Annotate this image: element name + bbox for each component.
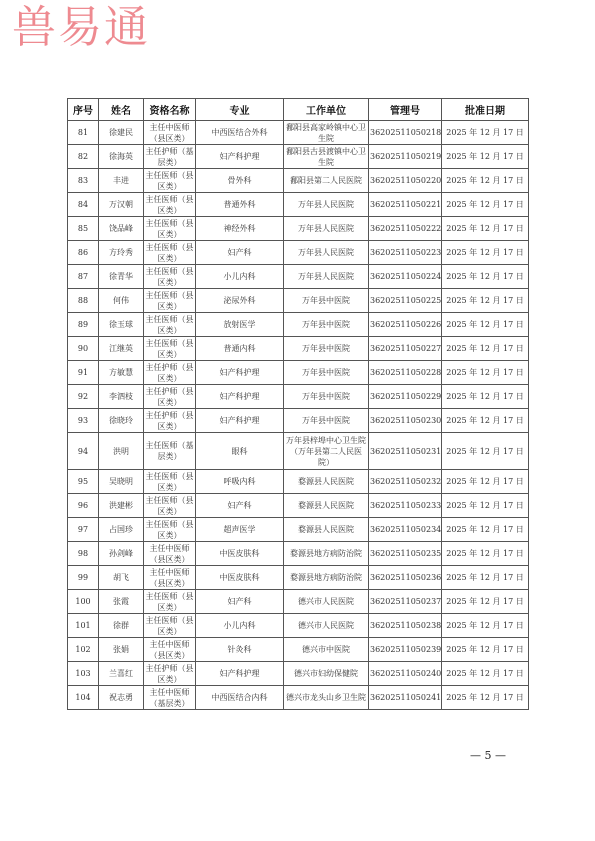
table-row: 97占国珍主任医师（县区类）超声医学婺源县人民医院362025110502342… — [68, 518, 529, 542]
cell-name: 方敏慧 — [99, 361, 144, 385]
cell-specialty: 骨外科 — [196, 169, 284, 193]
cell-qualification: 主任护师（县区类） — [144, 361, 196, 385]
cell-qualification: 主任医师（基层类） — [144, 433, 196, 470]
watermark-logo: 兽易通 — [12, 2, 150, 54]
table-row: 86方玲秀主任医师（县区类）妇产科万年县人民医院3620251105022320… — [68, 241, 529, 265]
cell-name: 张霞 — [99, 590, 144, 614]
cell-qualification: 主任医师（县区类） — [144, 193, 196, 217]
cell-workplace: 万年县中医院 — [284, 385, 369, 409]
table-row: 85饶品峰主任医师（县区类）神经外科万年县人民医院362025110502222… — [68, 217, 529, 241]
cell-management-no: 36202511050236 — [369, 566, 442, 590]
cell-approval-date: 2025 年 12 月 17 日 — [442, 686, 529, 710]
cell-name: 洪明 — [99, 433, 144, 470]
cell-name: 李泗枝 — [99, 385, 144, 409]
cell-management-no: 36202511050238 — [369, 614, 442, 638]
cell-qualification: 主任中医师（县区类） — [144, 542, 196, 566]
cell-specialty: 中西医结合内科 — [196, 686, 284, 710]
cell-management-no: 36202511050232 — [369, 470, 442, 494]
cell-specialty: 妇产科 — [196, 494, 284, 518]
cell-specialty: 妇产科护理 — [196, 385, 284, 409]
cell-index: 99 — [68, 566, 99, 590]
cell-qualification: 主任医师（县区类） — [144, 494, 196, 518]
cell-qualification: 主任医师（县区类） — [144, 265, 196, 289]
cell-index: 93 — [68, 409, 99, 433]
cell-approval-date: 2025 年 12 月 17 日 — [442, 145, 529, 169]
table-row: 99胡飞主任中医师（县区类）中医皮肤科婺源县地方病防治院362025110502… — [68, 566, 529, 590]
cell-qualification: 主任医师（县区类） — [144, 337, 196, 361]
table-row: 94洪明主任医师（基层类）眼科万年县梓埠中心卫生院（万年县第二人民医院）3620… — [68, 433, 529, 470]
cell-management-no: 36202511050235 — [369, 542, 442, 566]
cell-management-no: 36202511050240 — [369, 662, 442, 686]
cell-index: 101 — [68, 614, 99, 638]
cell-workplace: 万年县中医院 — [284, 409, 369, 433]
cell-name: 万汉朝 — [99, 193, 144, 217]
table-row: 81徐建民主任中医师（县区类）中西医结合外科鄱阳县高家岭镇中心卫生院362025… — [68, 121, 529, 145]
cell-specialty: 超声医学 — [196, 518, 284, 542]
cell-name: 吴晓明 — [99, 470, 144, 494]
cell-qualification: 主任医师（县区类） — [144, 614, 196, 638]
cell-qualification: 主任护师（县区类） — [144, 662, 196, 686]
cell-approval-date: 2025 年 12 月 17 日 — [442, 590, 529, 614]
header-qualification: 资格名称 — [144, 99, 196, 121]
table-row: 91方敏慧主任护师（县区类）妇产科护理万年县中医院362025110502282… — [68, 361, 529, 385]
cell-qualification: 主任护师（县区类） — [144, 409, 196, 433]
cell-workplace: 万年县梓埠中心卫生院（万年县第二人民医院） — [284, 433, 369, 470]
cell-approval-date: 2025 年 12 月 17 日 — [442, 494, 529, 518]
cell-name: 何伟 — [99, 289, 144, 313]
cell-index: 83 — [68, 169, 99, 193]
cell-management-no: 36202511050237 — [369, 590, 442, 614]
cell-qualification: 主任医师（县区类） — [144, 241, 196, 265]
cell-workplace: 婺源县人民医院 — [284, 518, 369, 542]
cell-specialty: 妇产科护理 — [196, 361, 284, 385]
cell-workplace: 万年县中医院 — [284, 289, 369, 313]
table-row: 102张娟主任中医师（县区类）针灸科德兴市中医院3620251105023920… — [68, 638, 529, 662]
table-row: 98孙剑峰主任中医师（县区类）中医皮肤科婺源县地方病防治院36202511050… — [68, 542, 529, 566]
cell-specialty: 中西医结合外科 — [196, 121, 284, 145]
cell-index: 95 — [68, 470, 99, 494]
header-management-no: 管理号 — [369, 99, 442, 121]
cell-index: 82 — [68, 145, 99, 169]
table-row: 93徐晓玲主任护师（县区类）妇产科护理万年县中医院362025110502302… — [68, 409, 529, 433]
cell-qualification: 主任医师（县区类） — [144, 470, 196, 494]
table-row: 90江继英主任医师（县区类）普通内科万年县中医院3620251105022720… — [68, 337, 529, 361]
cell-index: 96 — [68, 494, 99, 518]
cell-specialty: 神经外科 — [196, 217, 284, 241]
cell-management-no: 36202511050220 — [369, 169, 442, 193]
cell-specialty: 泌尿外科 — [196, 289, 284, 313]
cell-workplace: 鄱阳县高家岭镇中心卫生院 — [284, 121, 369, 145]
cell-workplace: 婺源县地方病防治院 — [284, 566, 369, 590]
table-row: 82徐海英主任护师（基层类）妇产科护理鄱阳县古县渡镇中心卫生院362025110… — [68, 145, 529, 169]
cell-name: 孙剑峰 — [99, 542, 144, 566]
cell-specialty: 妇产科护理 — [196, 662, 284, 686]
cell-index: 94 — [68, 433, 99, 470]
cell-management-no: 36202511050233 — [369, 494, 442, 518]
cell-approval-date: 2025 年 12 月 17 日 — [442, 265, 529, 289]
cell-name: 洪建彬 — [99, 494, 144, 518]
cell-specialty: 针灸科 — [196, 638, 284, 662]
cell-specialty: 妇产科护理 — [196, 145, 284, 169]
cell-name: 胡飞 — [99, 566, 144, 590]
header-name: 姓名 — [99, 99, 144, 121]
header-index: 序号 — [68, 99, 99, 121]
cell-management-no: 36202511050234 — [369, 518, 442, 542]
cell-name: 兰喜红 — [99, 662, 144, 686]
cell-approval-date: 2025 年 12 月 17 日 — [442, 662, 529, 686]
cell-workplace: 婺源县人民医院 — [284, 494, 369, 518]
cell-approval-date: 2025 年 12 月 17 日 — [442, 409, 529, 433]
cell-specialty: 中医皮肤科 — [196, 566, 284, 590]
cell-qualification: 主任护师（县区类） — [144, 385, 196, 409]
cell-index: 81 — [68, 121, 99, 145]
cell-name: 祝志勇 — [99, 686, 144, 710]
cell-management-no: 36202511050227 — [369, 337, 442, 361]
cell-name: 徐晓玲 — [99, 409, 144, 433]
cell-approval-date: 2025 年 12 月 17 日 — [442, 470, 529, 494]
cell-workplace: 德兴市龙头山乡卫生院 — [284, 686, 369, 710]
cell-workplace: 鄱阳县第二人民医院 — [284, 169, 369, 193]
cell-management-no: 36202511050224 — [369, 265, 442, 289]
cell-specialty: 中医皮肤科 — [196, 542, 284, 566]
cell-workplace: 德兴市人民医院 — [284, 590, 369, 614]
cell-workplace: 德兴市中医院 — [284, 638, 369, 662]
cell-management-no: 36202511050221 — [369, 193, 442, 217]
cell-approval-date: 2025 年 12 月 17 日 — [442, 433, 529, 470]
cell-index: 85 — [68, 217, 99, 241]
cell-management-no: 36202511050218 — [369, 121, 442, 145]
header-specialty: 专业 — [196, 99, 284, 121]
cell-approval-date: 2025 年 12 月 17 日 — [442, 542, 529, 566]
cell-approval-date: 2025 年 12 月 17 日 — [442, 121, 529, 145]
cell-workplace: 婺源县人民医院 — [284, 470, 369, 494]
cell-workplace: 万年县中医院 — [284, 313, 369, 337]
cell-index: 90 — [68, 337, 99, 361]
cell-management-no: 36202511050223 — [369, 241, 442, 265]
table-body: 81徐建民主任中医师（县区类）中西医结合外科鄱阳县高家岭镇中心卫生院362025… — [68, 121, 529, 710]
cell-management-no: 36202511050239 — [369, 638, 442, 662]
cell-index: 92 — [68, 385, 99, 409]
cell-name: 张娟 — [99, 638, 144, 662]
cell-specialty: 妇产科 — [196, 241, 284, 265]
table-header-row: 序号 姓名 资格名称 专业 工作单位 管理号 批准日期 — [68, 99, 529, 121]
cell-name: 江继英 — [99, 337, 144, 361]
cell-name: 方玲秀 — [99, 241, 144, 265]
cell-index: 91 — [68, 361, 99, 385]
table-row: 104祝志勇主任中医师（基层类）中西医结合内科德兴市龙头山乡卫生院3620251… — [68, 686, 529, 710]
cell-name: 徐建民 — [99, 121, 144, 145]
cell-specialty: 呼吸内科 — [196, 470, 284, 494]
cell-index: 102 — [68, 638, 99, 662]
cell-index: 97 — [68, 518, 99, 542]
cell-workplace: 德兴市人民医院 — [284, 614, 369, 638]
cell-name: 丰进 — [99, 169, 144, 193]
cell-approval-date: 2025 年 12 月 17 日 — [442, 518, 529, 542]
cell-management-no: 36202511050222 — [369, 217, 442, 241]
cell-name: 占国珍 — [99, 518, 144, 542]
cell-index: 88 — [68, 289, 99, 313]
cell-workplace: 德兴市妇幼保健院 — [284, 662, 369, 686]
cell-qualification: 主任医师（县区类） — [144, 217, 196, 241]
cell-specialty: 眼科 — [196, 433, 284, 470]
cell-specialty: 妇产科护理 — [196, 409, 284, 433]
cell-qualification: 主任中医师（基层类） — [144, 686, 196, 710]
cell-name: 饶品峰 — [99, 217, 144, 241]
cell-qualification: 主任医师（县区类） — [144, 313, 196, 337]
cell-qualification: 主任中医师（县区类） — [144, 566, 196, 590]
cell-workplace: 万年县人民医院 — [284, 217, 369, 241]
cell-index: 104 — [68, 686, 99, 710]
cell-qualification: 主任护师（基层类） — [144, 145, 196, 169]
roster-table: 序号 姓名 资格名称 专业 工作单位 管理号 批准日期 81徐建民主任中医师（县… — [67, 98, 529, 710]
cell-index: 98 — [68, 542, 99, 566]
cell-index: 89 — [68, 313, 99, 337]
cell-qualification: 主任医师（县区类） — [144, 169, 196, 193]
table-row: 101徐群主任医师（县区类）小儿内科德兴市人民医院362025110502382… — [68, 614, 529, 638]
cell-name: 徐群 — [99, 614, 144, 638]
cell-management-no: 36202511050230 — [369, 409, 442, 433]
cell-approval-date: 2025 年 12 月 17 日 — [442, 614, 529, 638]
cell-management-no: 36202511050228 — [369, 361, 442, 385]
cell-workplace: 万年县中医院 — [284, 337, 369, 361]
cell-specialty: 小儿内科 — [196, 614, 284, 638]
cell-workplace: 万年县中医院 — [284, 361, 369, 385]
table-row: 83丰进主任医师（县区类）骨外科鄱阳县第二人民医院362025110502202… — [68, 169, 529, 193]
cell-name: 徐玉球 — [99, 313, 144, 337]
cell-management-no: 36202511050231 — [369, 433, 442, 470]
cell-index: 86 — [68, 241, 99, 265]
cell-approval-date: 2025 年 12 月 17 日 — [442, 337, 529, 361]
cell-management-no: 36202511050226 — [369, 313, 442, 337]
table-row: 88何伟主任医师（县区类）泌尿外科万年县中医院36202511050225202… — [68, 289, 529, 313]
cell-qualification: 主任中医师（县区类） — [144, 121, 196, 145]
cell-workplace: 婺源县地方病防治院 — [284, 542, 369, 566]
cell-qualification: 主任医师（县区类） — [144, 518, 196, 542]
header-approval-date: 批准日期 — [442, 99, 529, 121]
cell-index: 87 — [68, 265, 99, 289]
table-row: 92李泗枝主任护师（县区类）妇产科护理万年县中医院362025110502292… — [68, 385, 529, 409]
table-row: 103兰喜红主任护师（县区类）妇产科护理德兴市妇幼保健院362025110502… — [68, 662, 529, 686]
cell-name: 徐海英 — [99, 145, 144, 169]
cell-approval-date: 2025 年 12 月 17 日 — [442, 169, 529, 193]
cell-workplace: 鄱阳县古县渡镇中心卫生院 — [284, 145, 369, 169]
table-row: 84万汉朝主任医师（县区类）普通外科万年县人民医院362025110502212… — [68, 193, 529, 217]
cell-approval-date: 2025 年 12 月 17 日 — [442, 566, 529, 590]
cell-name: 徐青华 — [99, 265, 144, 289]
cell-index: 84 — [68, 193, 99, 217]
table-row: 87徐青华主任医师（县区类）小儿内科万年县人民医院362025110502242… — [68, 265, 529, 289]
cell-index: 103 — [68, 662, 99, 686]
cell-workplace: 万年县人民医院 — [284, 241, 369, 265]
cell-management-no: 36202511050229 — [369, 385, 442, 409]
cell-qualification: 主任中医师（县区类） — [144, 638, 196, 662]
table-row: 95吴晓明主任医师（县区类）呼吸内科婺源县人民医院362025110502322… — [68, 470, 529, 494]
cell-approval-date: 2025 年 12 月 17 日 — [442, 638, 529, 662]
cell-approval-date: 2025 年 12 月 17 日 — [442, 289, 529, 313]
cell-specialty: 妇产科 — [196, 590, 284, 614]
table-row: 100张霞主任医师（县区类）妇产科德兴市人民医院3620251105023720… — [68, 590, 529, 614]
cell-specialty: 放射医学 — [196, 313, 284, 337]
header-workplace: 工作单位 — [284, 99, 369, 121]
cell-approval-date: 2025 年 12 月 17 日 — [442, 217, 529, 241]
cell-workplace: 万年县人民医院 — [284, 193, 369, 217]
cell-workplace: 万年县人民医院 — [284, 265, 369, 289]
cell-approval-date: 2025 年 12 月 17 日 — [442, 361, 529, 385]
table-row: 89徐玉球主任医师（县区类）放射医学万年县中医院3620251105022620… — [68, 313, 529, 337]
page-number: — 5 — — [470, 749, 506, 762]
cell-specialty: 小儿内科 — [196, 265, 284, 289]
cell-management-no: 36202511050225 — [369, 289, 442, 313]
cell-qualification: 主任医师（县区类） — [144, 289, 196, 313]
cell-approval-date: 2025 年 12 月 17 日 — [442, 193, 529, 217]
cell-index: 100 — [68, 590, 99, 614]
cell-approval-date: 2025 年 12 月 17 日 — [442, 385, 529, 409]
cell-approval-date: 2025 年 12 月 17 日 — [442, 313, 529, 337]
cell-approval-date: 2025 年 12 月 17 日 — [442, 241, 529, 265]
cell-management-no: 36202511050241 — [369, 686, 442, 710]
cell-specialty: 普通内科 — [196, 337, 284, 361]
table-row: 96洪建彬主任医师（县区类）妇产科婺源县人民医院3620251105023320… — [68, 494, 529, 518]
cell-specialty: 普通外科 — [196, 193, 284, 217]
cell-qualification: 主任医师（县区类） — [144, 590, 196, 614]
cell-management-no: 36202511050219 — [369, 145, 442, 169]
